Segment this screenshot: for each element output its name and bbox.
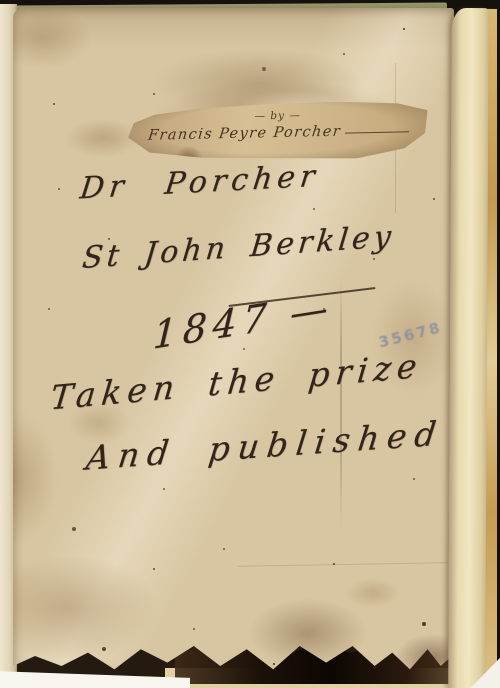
owner-signature: Francis Peyre Porcher: [147, 124, 342, 144]
signature-underline: [345, 130, 409, 133]
paper-crease: [238, 562, 448, 567]
photo-background-corner: [0, 664, 190, 688]
foxing-specks: [13, 8, 15, 10]
book-flyleaf-photo: — by — Francis Peyre Porcher Dr Porcher …: [0, 0, 500, 688]
curled-page-edge: [448, 8, 489, 688]
paper-crease: [340, 278, 342, 528]
